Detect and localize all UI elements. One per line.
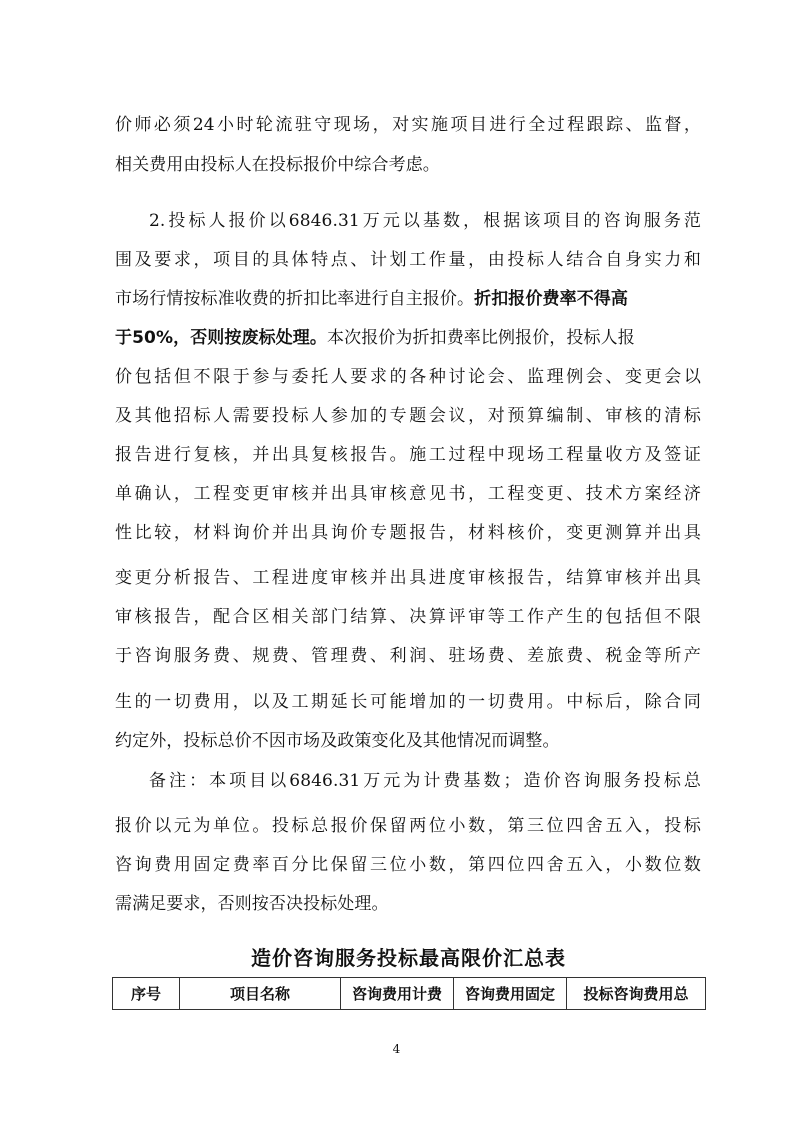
header-total-bid-fee: 投标咨询费用总 bbox=[567, 978, 706, 1010]
table-header-row: 序号 项目名称 咨询费用计费 咨询费用固定 投标咨询费用总 bbox=[113, 978, 706, 1010]
bold-emphasis: 折扣报价费率不得高 bbox=[474, 289, 628, 309]
paragraph-line: 价师必须24小时轮流驻守现场，对实施项目进行全过程跟踪、监督， bbox=[115, 115, 701, 135]
table-title: 造价咨询服务投标最高限价汇总表 bbox=[112, 942, 705, 971]
document-page: 价师必须24小时轮流驻守现场，对实施项目进行全过程跟踪、监督， 相关费用由投标人… bbox=[0, 0, 793, 1122]
paragraph-line: 性比较，材料询价并出具询价专题报告，材料核价，变更测算并出具 bbox=[115, 523, 701, 543]
paragraph-line: 相关费用由投标人在投标报价中综合考虑。 bbox=[115, 155, 701, 175]
header-fee-fixed: 咨询费用固定 bbox=[454, 978, 567, 1010]
paragraph-line: 变更分析报告、工程进度审核并出具进度审核报告，结算审核并出具 bbox=[115, 568, 701, 588]
note-line: 报价以元为单位。投标总报价保留两位小数，第三位四舍五入，投标 bbox=[115, 816, 701, 836]
paragraph-line: 约定外，投标总价不因市场及政策变化及其他情况而调整。 bbox=[115, 731, 701, 751]
header-fee-basis: 咨询费用计费 bbox=[341, 978, 454, 1010]
paragraph-line: 及其他招标人需要投标人参加的专题会议，对预算编制、审核的清标 bbox=[115, 406, 701, 426]
header-serial-number: 序号 bbox=[113, 978, 180, 1010]
paragraph-line: 于咨询服务费、规费、管理费、利润、驻场费、差旅费、税金等所产 bbox=[115, 646, 701, 666]
bold-emphasis: 于50%，否则按废标处理。 bbox=[115, 328, 327, 348]
paragraph-line: 单确认，工程变更审核并出具审核意见书，工程变更、技术方案经济 bbox=[115, 484, 701, 504]
paragraph-line: 生的一切费用，以及工期延长可能增加的一切费用。中标后，除合同 bbox=[115, 692, 701, 712]
paragraph-line: 价包括但不限于参与委托人要求的各种讨论会、监理例会、变更会以 bbox=[115, 367, 701, 387]
paragraph-line: 围及要求，项目的具体特点、计划工作量，由投标人结合自身实力和 bbox=[115, 250, 701, 270]
plain-text: 市场行情按标准收费的折扣比率进行自主报价。 bbox=[115, 289, 474, 309]
paragraph-line-mixed: 市场行情按标准收费的折扣比率进行自主报价。折扣报价费率不得高 bbox=[115, 289, 701, 309]
header-project-name: 项目名称 bbox=[180, 978, 341, 1010]
paragraph-line: 审核报告，配合区相关部门结算、决算评审等工作产生的包括但不限 bbox=[115, 607, 701, 627]
note-line: 咨询费用固定费率百分比保留三位小数，第四位四舍五入，小数位数 bbox=[115, 855, 701, 875]
paragraph-line: 报告进行复核，并出具复核报告。施工过程中现场工程量收方及签证 bbox=[115, 445, 701, 465]
paragraph-line: 2.投标人报价以6846.31万元以基数，根据该项目的咨询服务范 bbox=[149, 211, 701, 231]
plain-text: 本次报价为折扣费率比例报价，投标人报 bbox=[327, 328, 635, 348]
note-line: 需满足要求，否则按否决投标处理。 bbox=[115, 894, 701, 914]
paragraph-line-mixed: 于50%，否则按废标处理。本次报价为折扣费率比例报价，投标人报 bbox=[115, 328, 701, 348]
note-line: 备注：本项目以6846.31万元为计费基数；造价咨询服务投标总 bbox=[149, 771, 701, 791]
page-number: 4 bbox=[0, 1042, 793, 1056]
summary-table: 序号 项目名称 咨询费用计费 咨询费用固定 投标咨询费用总 bbox=[112, 977, 706, 1010]
